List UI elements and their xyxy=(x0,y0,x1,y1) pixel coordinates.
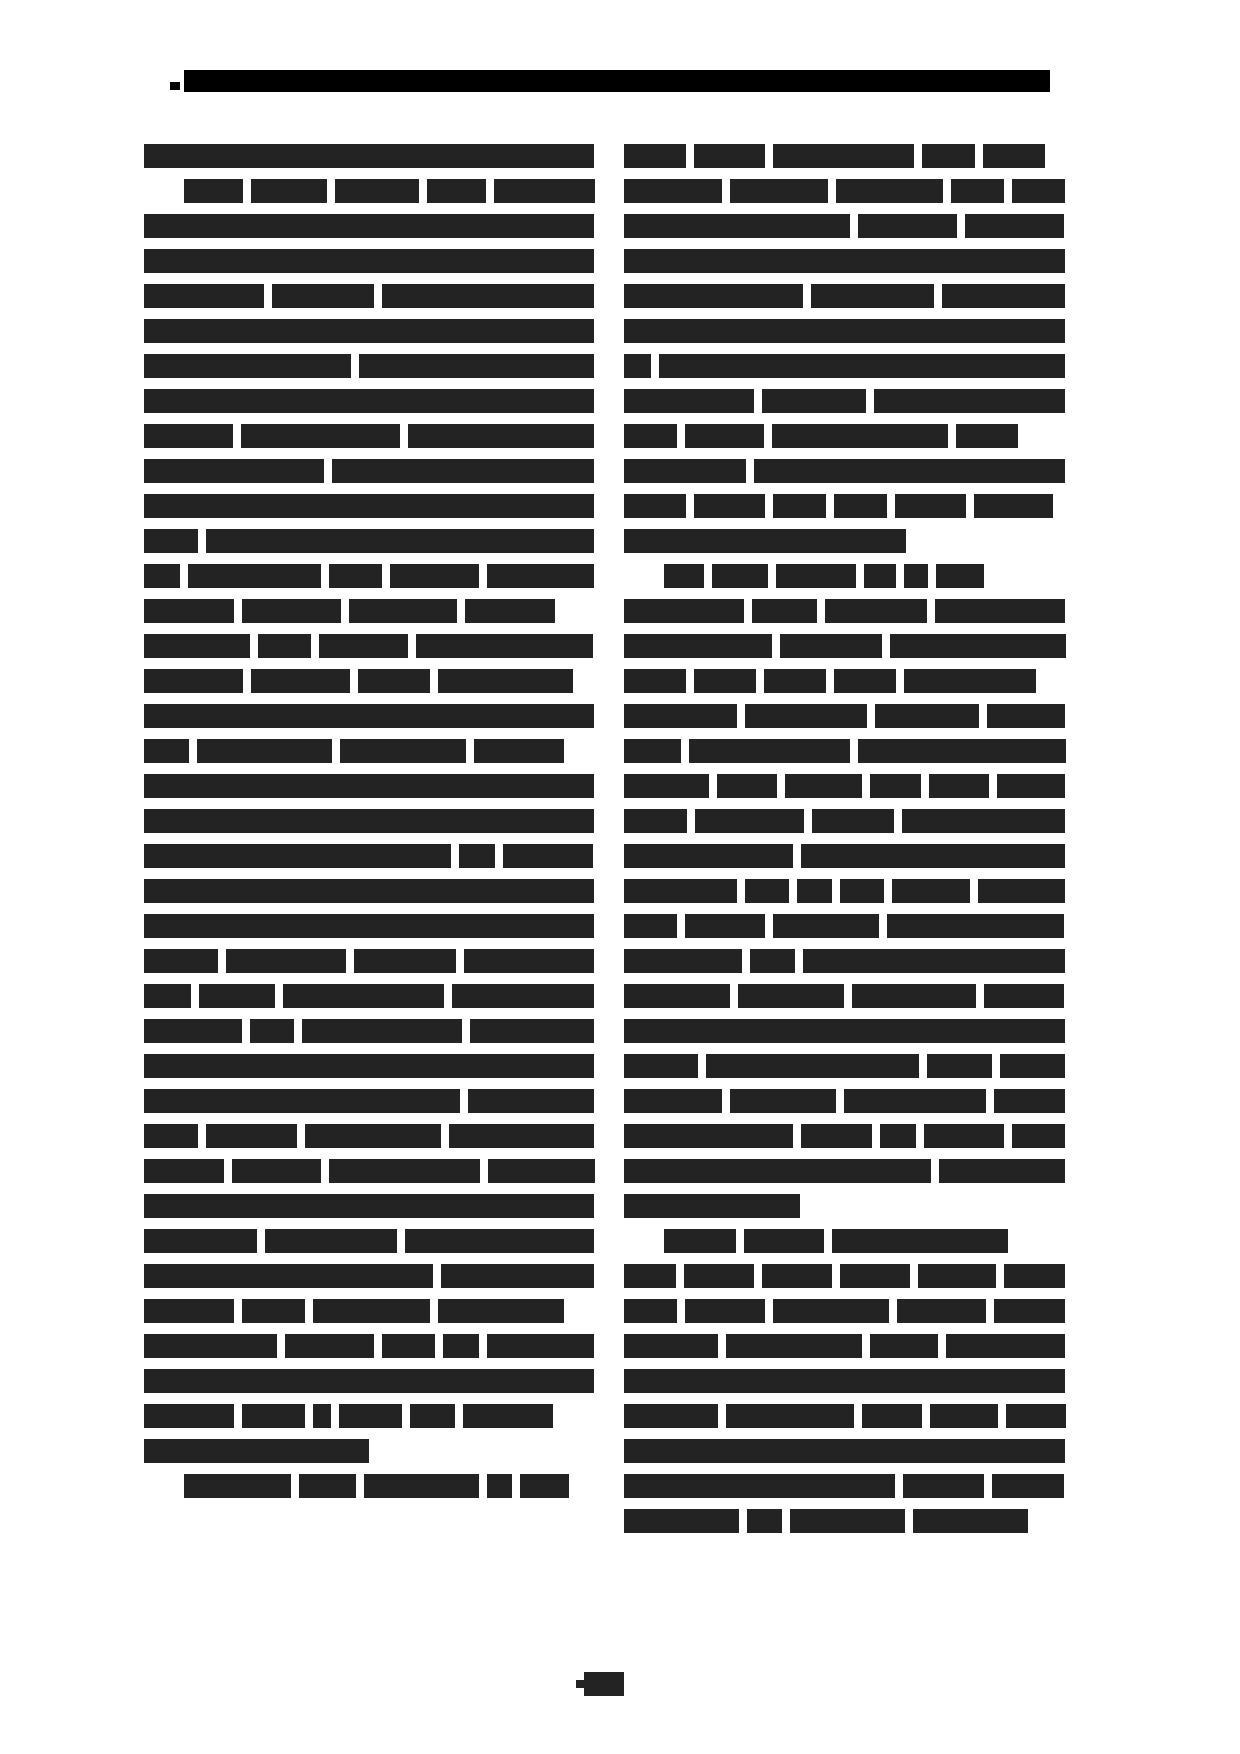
redacted-word xyxy=(624,319,1065,343)
redacted-word xyxy=(927,1054,992,1078)
redacted-word xyxy=(694,669,756,693)
redacted-word xyxy=(206,1124,297,1148)
redacted-word xyxy=(773,144,914,168)
text-line xyxy=(624,739,1065,763)
redacted-word xyxy=(624,1404,718,1428)
redacted-word xyxy=(965,214,1064,238)
redacted-word xyxy=(441,1264,594,1288)
redacted-word xyxy=(717,774,777,798)
redacted-word xyxy=(624,949,742,973)
redacted-word xyxy=(624,1194,800,1218)
redacted-word xyxy=(272,284,374,308)
redacted-word xyxy=(144,319,594,343)
text-line xyxy=(624,599,1065,623)
redacted-word xyxy=(241,424,400,448)
redacted-word xyxy=(488,1159,595,1183)
redacted-word xyxy=(772,424,948,448)
redacted-word xyxy=(695,809,804,833)
redacted-word xyxy=(302,1019,462,1043)
redacted-word xyxy=(684,1264,754,1288)
redacted-word xyxy=(880,1124,916,1148)
text-line xyxy=(144,739,594,763)
redacted-word xyxy=(987,704,1065,728)
redacted-word xyxy=(144,1089,460,1113)
redacted-word xyxy=(624,424,677,448)
redacted-word xyxy=(624,1054,698,1078)
redacted-word xyxy=(199,984,275,1008)
redacted-word xyxy=(144,1334,277,1358)
redacted-word xyxy=(624,529,906,553)
redacted-word xyxy=(339,1404,402,1428)
redacted-word xyxy=(874,389,1065,413)
redacted-word xyxy=(659,354,1065,378)
redacted-word xyxy=(730,179,828,203)
text-line xyxy=(624,914,1065,938)
redacted-word xyxy=(144,389,594,413)
text-line xyxy=(144,809,594,833)
redacted-word xyxy=(726,1334,862,1358)
redacted-word xyxy=(797,879,832,903)
redacted-word xyxy=(929,774,989,798)
redacted-word xyxy=(464,949,594,973)
redacted-word xyxy=(1006,1404,1066,1428)
redacted-word xyxy=(283,984,444,1008)
redacted-word xyxy=(449,1124,594,1148)
redacted-word xyxy=(624,214,850,238)
redacted-word xyxy=(390,564,479,588)
redacted-word xyxy=(624,249,1065,273)
header-dash xyxy=(170,82,180,90)
redacted-word xyxy=(624,1124,793,1148)
redacted-word xyxy=(892,879,970,903)
redacted-word xyxy=(624,879,737,903)
redacted-word xyxy=(144,144,594,168)
redacted-word xyxy=(811,284,934,308)
text-line xyxy=(144,599,594,623)
redacted-word xyxy=(983,144,1045,168)
redacted-word xyxy=(624,809,687,833)
redacted-word xyxy=(750,949,795,973)
redacted-word xyxy=(624,1509,739,1533)
redacted-word xyxy=(624,1019,1065,1043)
text-line xyxy=(144,144,594,168)
redacted-word xyxy=(144,529,198,553)
running-header: [redacted running header] xyxy=(170,70,1050,92)
redacted-word xyxy=(463,1404,553,1428)
redacted-word xyxy=(902,809,1065,833)
redacted-word xyxy=(1004,1264,1065,1288)
redacted-word xyxy=(664,564,704,588)
redacted-word xyxy=(188,564,321,588)
redacted-word xyxy=(313,1404,331,1428)
redacted-word xyxy=(144,1124,198,1148)
redacted-word xyxy=(349,599,457,623)
redacted-word xyxy=(265,1229,397,1253)
redacted-word xyxy=(801,844,1065,868)
redacted-word xyxy=(251,179,327,203)
redacted-word xyxy=(624,984,730,1008)
text-line xyxy=(144,1334,594,1358)
redacted-word xyxy=(313,1299,430,1323)
redacted-word xyxy=(924,1124,1004,1148)
redacted-word xyxy=(685,914,765,938)
text-line xyxy=(624,319,1065,343)
redacted-word xyxy=(144,1229,257,1253)
text-line xyxy=(144,1089,594,1113)
text-line xyxy=(144,879,594,903)
text-line xyxy=(144,1439,594,1463)
text-line xyxy=(624,144,1065,168)
redacted-word xyxy=(144,214,594,238)
redacted-word xyxy=(624,1369,1065,1393)
text-line xyxy=(624,1334,1065,1358)
redacted-word xyxy=(242,1299,305,1323)
redacted-word xyxy=(468,1089,594,1113)
redacted-word xyxy=(503,844,593,868)
text-line xyxy=(144,284,594,308)
redacted-word xyxy=(258,634,311,658)
page-number: [redacted page number] xyxy=(584,1672,624,1696)
text-line xyxy=(624,1159,1065,1183)
redacted-word xyxy=(994,1089,1065,1113)
text-line xyxy=(624,529,1065,553)
text-line xyxy=(624,1019,1065,1043)
redacted-word xyxy=(1000,1054,1065,1078)
redacted-word xyxy=(305,1124,441,1148)
redacted-word xyxy=(1012,1124,1065,1148)
text-line xyxy=(624,669,1065,693)
redacted-word xyxy=(890,634,1066,658)
text-line xyxy=(144,844,594,868)
redacted-word xyxy=(752,599,817,623)
redacted-word xyxy=(144,809,594,833)
text-line xyxy=(624,1194,1065,1218)
text-line xyxy=(624,1124,1065,1148)
redacted-word xyxy=(624,389,754,413)
text-line xyxy=(144,1404,594,1428)
redacted-word xyxy=(785,774,862,798)
redacted-word xyxy=(251,669,350,693)
redacted-word xyxy=(144,844,451,868)
text-line xyxy=(624,1439,1065,1463)
redacted-word xyxy=(825,599,927,623)
redacted-word xyxy=(144,949,218,973)
text-line xyxy=(144,634,594,658)
redacted-word xyxy=(624,354,651,378)
redacted-word xyxy=(762,389,866,413)
redacted-word xyxy=(689,739,850,763)
redacted-word xyxy=(862,1404,922,1428)
redacted-word xyxy=(144,599,234,623)
redacted-word xyxy=(834,669,896,693)
redacted-word xyxy=(144,1404,234,1428)
text-line xyxy=(144,494,594,518)
redacted-word xyxy=(405,1229,594,1253)
redacted-word xyxy=(364,1474,479,1498)
redacted-word xyxy=(895,494,966,518)
text-line xyxy=(624,424,1065,448)
redacted-word xyxy=(942,284,1065,308)
redacted-word xyxy=(250,1019,294,1043)
redacted-word xyxy=(416,634,593,658)
redacted-word xyxy=(1012,179,1065,203)
redacted-word xyxy=(978,879,1065,903)
text-line xyxy=(144,669,594,693)
redacted-word xyxy=(226,949,346,973)
text-line xyxy=(624,809,1065,833)
redacted-word xyxy=(832,1229,1008,1253)
redacted-word xyxy=(487,564,594,588)
redacted-word xyxy=(624,914,677,938)
redacted-word xyxy=(459,844,495,868)
redacted-word xyxy=(747,1509,782,1533)
redacted-word xyxy=(780,634,882,658)
text-line xyxy=(624,1229,1065,1253)
redacted-word xyxy=(984,984,1064,1008)
text-line xyxy=(144,564,594,588)
text-line xyxy=(624,1299,1065,1323)
redacted-word xyxy=(930,1404,998,1428)
redacted-word xyxy=(858,739,1066,763)
text-line xyxy=(624,1509,1065,1533)
redacted-word xyxy=(864,564,896,588)
text-line xyxy=(624,1264,1065,1288)
text-line xyxy=(624,284,1065,308)
redacted-word xyxy=(470,1019,594,1043)
redacted-word xyxy=(624,669,686,693)
redacted-word xyxy=(694,494,765,518)
text-line xyxy=(624,1054,1065,1078)
redacted-word xyxy=(354,949,456,973)
text-line xyxy=(624,459,1065,483)
redacted-word xyxy=(452,984,594,1008)
redacted-word xyxy=(858,214,957,238)
text-line xyxy=(624,844,1065,868)
redacted-word xyxy=(624,844,793,868)
redacted-word xyxy=(624,1264,676,1288)
redacted-word xyxy=(773,914,879,938)
text-line xyxy=(144,389,594,413)
text-line xyxy=(624,774,1065,798)
redacted-word xyxy=(730,1089,836,1113)
redacted-word xyxy=(726,1404,854,1428)
redacted-word xyxy=(197,739,332,763)
page-number-dash xyxy=(576,1680,584,1688)
text-line xyxy=(624,214,1065,238)
redacted-word xyxy=(144,1439,369,1463)
redacted-word xyxy=(992,1474,1064,1498)
redacted-word xyxy=(836,179,943,203)
redacted-word xyxy=(897,1299,986,1323)
redacted-word xyxy=(803,949,1065,973)
redacted-word xyxy=(299,1474,356,1498)
redacted-word xyxy=(438,1299,564,1323)
redacted-word xyxy=(144,1019,242,1043)
redacted-word xyxy=(144,669,243,693)
redacted-word xyxy=(144,1054,594,1078)
redacted-word xyxy=(408,424,594,448)
redacted-word xyxy=(144,564,180,588)
redacted-word xyxy=(144,984,191,1008)
redacted-word xyxy=(624,739,681,763)
redacted-word xyxy=(790,1509,905,1533)
redacted-word xyxy=(487,1334,594,1358)
redacted-word xyxy=(994,1299,1065,1323)
redacted-word xyxy=(801,1124,872,1148)
redacted-word xyxy=(776,564,856,588)
redacted-word xyxy=(144,249,594,273)
redacted-word xyxy=(520,1474,569,1498)
redacted-word xyxy=(144,914,594,938)
redacted-word xyxy=(285,1334,374,1358)
redacted-word xyxy=(144,494,594,518)
redacted-word xyxy=(870,774,921,798)
redacted-word xyxy=(685,1299,765,1323)
redacted-word xyxy=(904,669,1036,693)
redacted-word xyxy=(694,144,765,168)
redacted-word xyxy=(340,739,466,763)
redacted-word xyxy=(144,1264,433,1288)
text-line xyxy=(144,1194,594,1218)
redacted-word xyxy=(624,634,772,658)
redacted-word xyxy=(624,1439,1065,1463)
redacted-word xyxy=(382,1334,435,1358)
redacted-word xyxy=(712,564,768,588)
redacted-word xyxy=(232,1159,321,1183)
redacted-word xyxy=(329,1159,480,1183)
redacted-word xyxy=(887,914,1064,938)
text-line xyxy=(144,1159,594,1183)
text-line xyxy=(624,634,1065,658)
text-line xyxy=(624,1369,1065,1393)
redacted-word xyxy=(474,739,564,763)
redacted-word xyxy=(242,599,341,623)
redacted-word xyxy=(332,459,594,483)
redacted-word xyxy=(144,1369,594,1393)
text-line xyxy=(144,1474,594,1498)
text-line xyxy=(144,1124,594,1148)
redacted-word xyxy=(624,1474,895,1498)
redacted-word xyxy=(319,634,408,658)
text-line xyxy=(624,1474,1065,1498)
redacted-word xyxy=(358,669,430,693)
text-line xyxy=(144,319,594,343)
redacted-word xyxy=(624,1089,722,1113)
text-line xyxy=(144,774,594,798)
redacted-word xyxy=(184,179,243,203)
text-line xyxy=(624,704,1065,728)
redacted-word xyxy=(144,354,351,378)
redacted-word xyxy=(834,494,887,518)
text-line xyxy=(144,914,594,938)
redacted-word xyxy=(974,494,1053,518)
text-line xyxy=(624,389,1065,413)
redacted-word xyxy=(624,459,746,483)
text-line xyxy=(144,949,594,973)
redacted-word xyxy=(706,1054,919,1078)
redacted-word xyxy=(624,1334,718,1358)
text-line xyxy=(144,704,594,728)
redacted-word xyxy=(745,879,789,903)
redacted-word xyxy=(685,424,764,448)
redacted-word xyxy=(997,774,1065,798)
redacted-word xyxy=(624,1299,677,1323)
redacted-word xyxy=(427,179,486,203)
redacted-word xyxy=(624,704,737,728)
running-header-text-redacted: [redacted running header] xyxy=(184,70,1050,92)
redacted-word xyxy=(144,284,264,308)
redacted-word xyxy=(939,1159,1065,1183)
redacted-word xyxy=(922,144,975,168)
text-line xyxy=(144,529,594,553)
redacted-word xyxy=(840,879,884,903)
redacted-word xyxy=(664,1229,736,1253)
redacted-word xyxy=(144,634,250,658)
text-line xyxy=(144,424,594,448)
text-line xyxy=(144,249,594,273)
text-line xyxy=(624,179,1065,203)
redacted-word xyxy=(438,669,573,693)
redacted-word xyxy=(870,1334,938,1358)
text-line xyxy=(624,494,1065,518)
right-text-column xyxy=(624,144,1065,1544)
redacted-word xyxy=(936,564,984,588)
redacted-word xyxy=(918,1264,996,1288)
text-line xyxy=(144,1264,594,1288)
redacted-word xyxy=(144,774,594,798)
redacted-word xyxy=(762,1264,832,1288)
redacted-word xyxy=(443,1334,479,1358)
redacted-word xyxy=(852,984,976,1008)
redacted-word xyxy=(812,809,894,833)
text-line xyxy=(624,249,1065,273)
text-line xyxy=(624,1089,1065,1113)
redacted-word xyxy=(144,704,594,728)
redacted-word xyxy=(184,1474,291,1498)
redacted-word xyxy=(745,704,867,728)
text-line xyxy=(624,949,1065,973)
text-line xyxy=(144,1054,594,1078)
redacted-word xyxy=(144,1194,594,1218)
text-line xyxy=(624,879,1065,903)
redacted-word xyxy=(335,179,419,203)
redacted-word xyxy=(144,1159,224,1183)
redacted-word xyxy=(624,144,686,168)
text-line xyxy=(144,354,594,378)
redacted-word xyxy=(206,529,594,553)
text-line xyxy=(624,564,1065,588)
redacted-word xyxy=(744,1229,824,1253)
redacted-word xyxy=(144,879,594,903)
text-line xyxy=(144,1229,594,1253)
redacted-word xyxy=(956,424,1018,448)
redacted-word xyxy=(624,599,744,623)
redacted-word xyxy=(946,1334,1065,1358)
redacted-word xyxy=(904,564,928,588)
redacted-word xyxy=(624,494,686,518)
redacted-word xyxy=(242,1404,305,1428)
redacted-word xyxy=(624,774,709,798)
redacted-word xyxy=(144,739,189,763)
redacted-word xyxy=(738,984,844,1008)
text-line xyxy=(144,1299,594,1323)
redacted-word xyxy=(487,1474,512,1498)
text-line xyxy=(144,984,594,1008)
redacted-word xyxy=(359,354,594,378)
redacted-word xyxy=(624,179,722,203)
redacted-word xyxy=(913,1509,1028,1533)
redacted-word xyxy=(773,494,826,518)
